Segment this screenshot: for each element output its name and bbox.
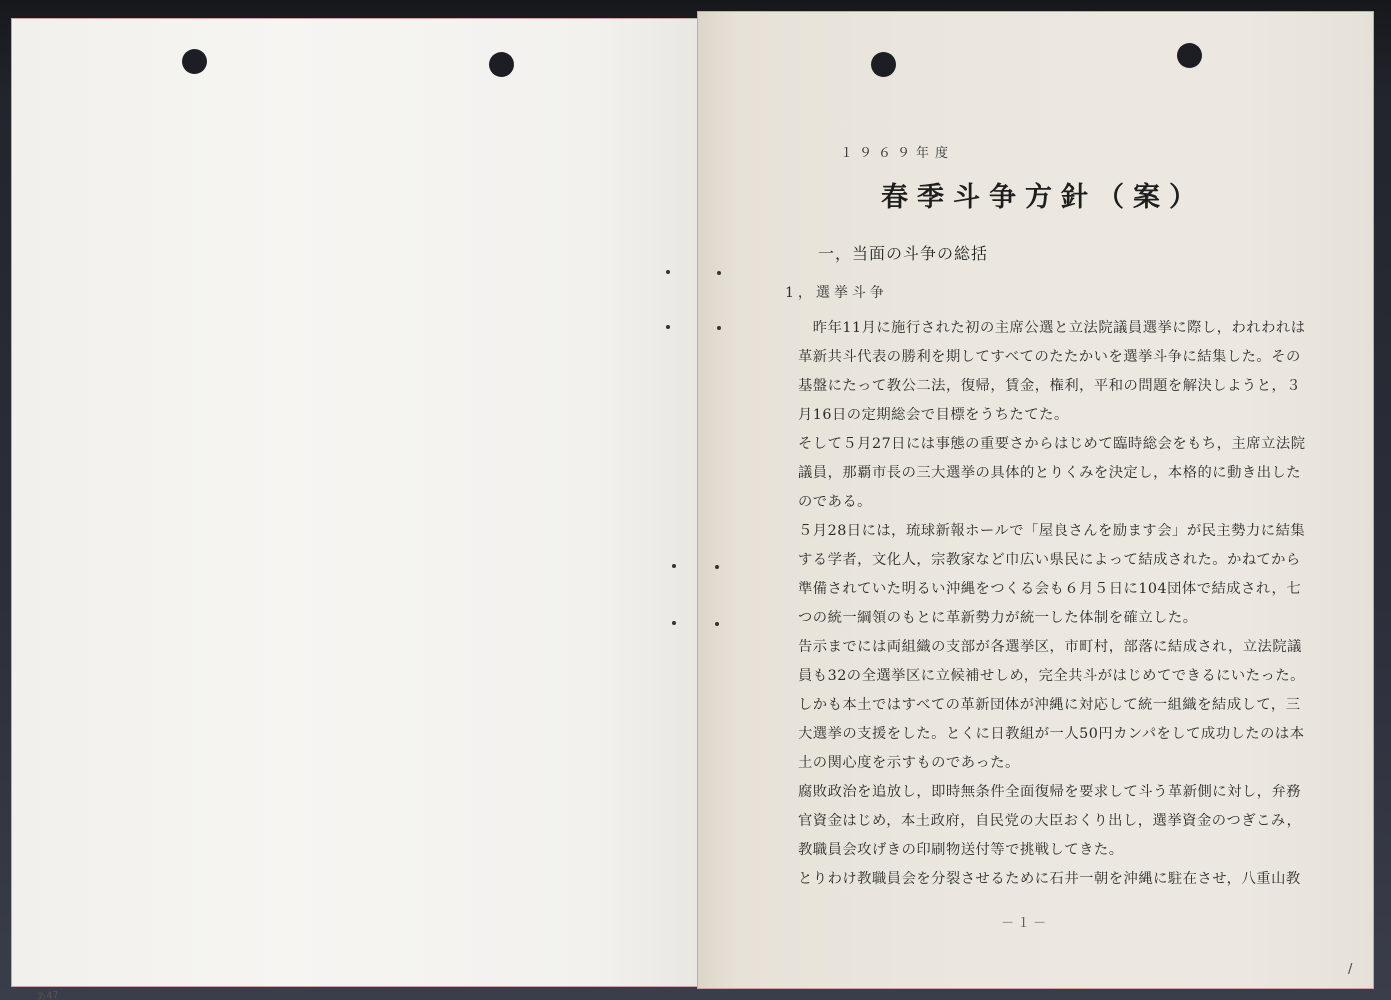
body-line: つの統一綱領のもとに革新勢力が統一した体制を確立した。 [798, 604, 1298, 633]
body-line: 議員，那覇市長の三大選挙の具体的とりくみを決定し，本格的に動き出した [798, 459, 1298, 488]
body-line: 昨年11月に施行された初の主席公選と立法院議員選挙に際し，われわれは [798, 314, 1298, 343]
punch-hole [489, 52, 514, 77]
handwritten-note: あ47 [35, 986, 59, 1000]
body-line: 腐敗政治を追放し，即時無条件全面復帰を要求して斗う革新側に対し，弁務 [798, 778, 1298, 807]
punch-hole [182, 49, 207, 74]
body-line: 員も32の全選挙区に立候補せしめ，完全共斗がはじめてできるにいたった。 [798, 662, 1298, 691]
body-line: そして５月27日には事態の重要さからはじめて臨時総会をもち，主席立法院 [798, 430, 1298, 459]
left-page: あ47 [12, 19, 698, 986]
document-title: 春季斗争方針（案） [881, 175, 1205, 214]
staple-hole [672, 564, 676, 568]
body-line: 大選挙の支援をした。とくに日教組が一人50円カンパをして成功したのは本 [798, 720, 1298, 749]
document-content: １９６９年度 春季斗争方針（案） 一，当面の斗争の総括 1，選挙斗争 昨年11月… [698, 12, 1373, 988]
body-line: のである。 [798, 488, 1298, 517]
body-line: 準備されていた明るい沖縄をつくる会も６月５日に104団体で結成され，七 [798, 575, 1298, 604]
body-line: 告示までには両組織の支部が各選挙区，市町村，部落に結成され，立法院議 [798, 633, 1298, 662]
staple-hole [672, 621, 676, 625]
year-label: １９６９年度 [840, 142, 954, 161]
body-line: とりわけ教職員会を分裂させるために石井一朝を沖縄に駐在させ，八重山教 [798, 865, 1298, 894]
body-line: しかも本土ではすべての革新団体が沖縄に対応して統一組織を結成して，三 [798, 691, 1298, 720]
body-line: 土の関心度を示すものであった。 [798, 749, 1298, 778]
body-line: 基盤にたって教公二法，復帰，賃金，権利，平和の問題を解決しようと，３ [798, 372, 1298, 401]
body-line: ５月28日には，琉球新報ホールで「屋良さんを励ます会」が民主勢力に結集 [798, 517, 1298, 546]
staple-hole [666, 325, 670, 329]
section-heading: 一，当面の斗争の総括 [818, 241, 988, 264]
margin-mark: / [1348, 962, 1352, 977]
body-line: 月16日の定期総会で目標をうちたてた。 [798, 401, 1298, 430]
page-number: －１－ [1001, 912, 1049, 931]
body-text: 昨年11月に施行された初の主席公選と立法院議員選挙に際し，われわれは革新共斗代表… [798, 314, 1298, 894]
body-line: 官資金はじめ，本土政府，自民党の大臣おくり出し，選挙資金のつぎこみ， [798, 807, 1298, 836]
subsection-heading: 1，選挙斗争 [785, 282, 888, 302]
body-line: 革新共斗代表の勝利を期してすべてのたたかいを選挙斗争に結集した。その [798, 343, 1298, 372]
body-line: 教職員会攻げきの印刷物送付等で挑戦してきた。 [798, 836, 1298, 865]
staple-hole [666, 270, 670, 274]
body-line: する学者，文化人，宗教家など巾広い県民によって結成された。かねてから [798, 546, 1298, 575]
